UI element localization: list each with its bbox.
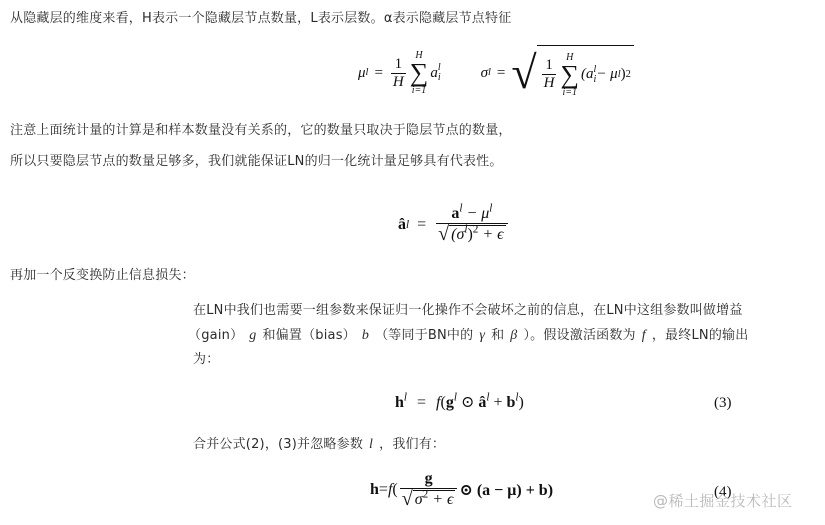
sigma-equation: σl = √ 1H H∑i=1 (ali − μl)2 bbox=[481, 45, 634, 101]
mu-equation: μl = 1H H∑i=1 ali bbox=[358, 50, 441, 96]
equation-number-3: (3) bbox=[714, 395, 732, 412]
quote-line-1: 在LN中我们也需要一组参数来保证归一化操作不会破坏之前的信息，在LN中这组参数叫… bbox=[193, 302, 743, 320]
quote-line-2: （gain） g 和偏置（bias） b （等同于BN中的 γ 和 β ）。假设… bbox=[188, 327, 748, 345]
watermark: @稀土掘金技术社区 bbox=[653, 490, 793, 511]
beta-symbol: β bbox=[504, 327, 523, 345]
inverse-transform-paragraph: 再加一个反变换防止信息损失： bbox=[10, 267, 195, 285]
square-root: √ 1H H∑i=1 (ali − μl)2 bbox=[511, 45, 634, 101]
note-paragraph: 注意上面统计量的计算是和样本数量没有关系的，它的数量只取决于隐层节点的数量， bbox=[10, 122, 512, 140]
summation: H∑i=1 bbox=[410, 50, 429, 96]
representativeness-paragraph: 所以只要隐层节点的数量足够多，我们就能保证LN的归一化统计量足够具有代表性。 bbox=[10, 153, 503, 171]
activation-symbol: f bbox=[636, 327, 652, 345]
quote-line-3: 为： bbox=[193, 351, 219, 369]
fraction: g √σ2 + ϵ bbox=[400, 470, 458, 509]
merge-paragraph: 合并公式(2)，(3)并忽略参数 l ，我们有： bbox=[193, 436, 445, 454]
normalization-equation: âl = al − μl √(σl)2 + ϵ bbox=[398, 205, 510, 244]
fraction: 1H bbox=[391, 56, 406, 91]
bias-symbol: b bbox=[356, 327, 375, 345]
equation-4: h = f( g √σ2 + ϵ ⊙ (a − μ) + b) bbox=[370, 470, 553, 509]
gain-symbol: g bbox=[243, 327, 262, 345]
layer-symbol: l bbox=[363, 436, 379, 454]
intro-paragraph: 从隐藏层的维度来看，H表示一个隐藏层节点数量，L表示层数。α表示隐藏层节点特征 bbox=[10, 10, 511, 28]
gamma-symbol: γ bbox=[473, 327, 491, 345]
fraction: al − μl √(σl)2 + ϵ bbox=[436, 205, 507, 244]
equation-3: hl = f(gl ⊙ âl + bl) bbox=[395, 392, 524, 412]
mean-variance-equation: μl = 1H H∑i=1 ali σl = √ 1H H∑i=1 (ali −… bbox=[358, 45, 634, 101]
